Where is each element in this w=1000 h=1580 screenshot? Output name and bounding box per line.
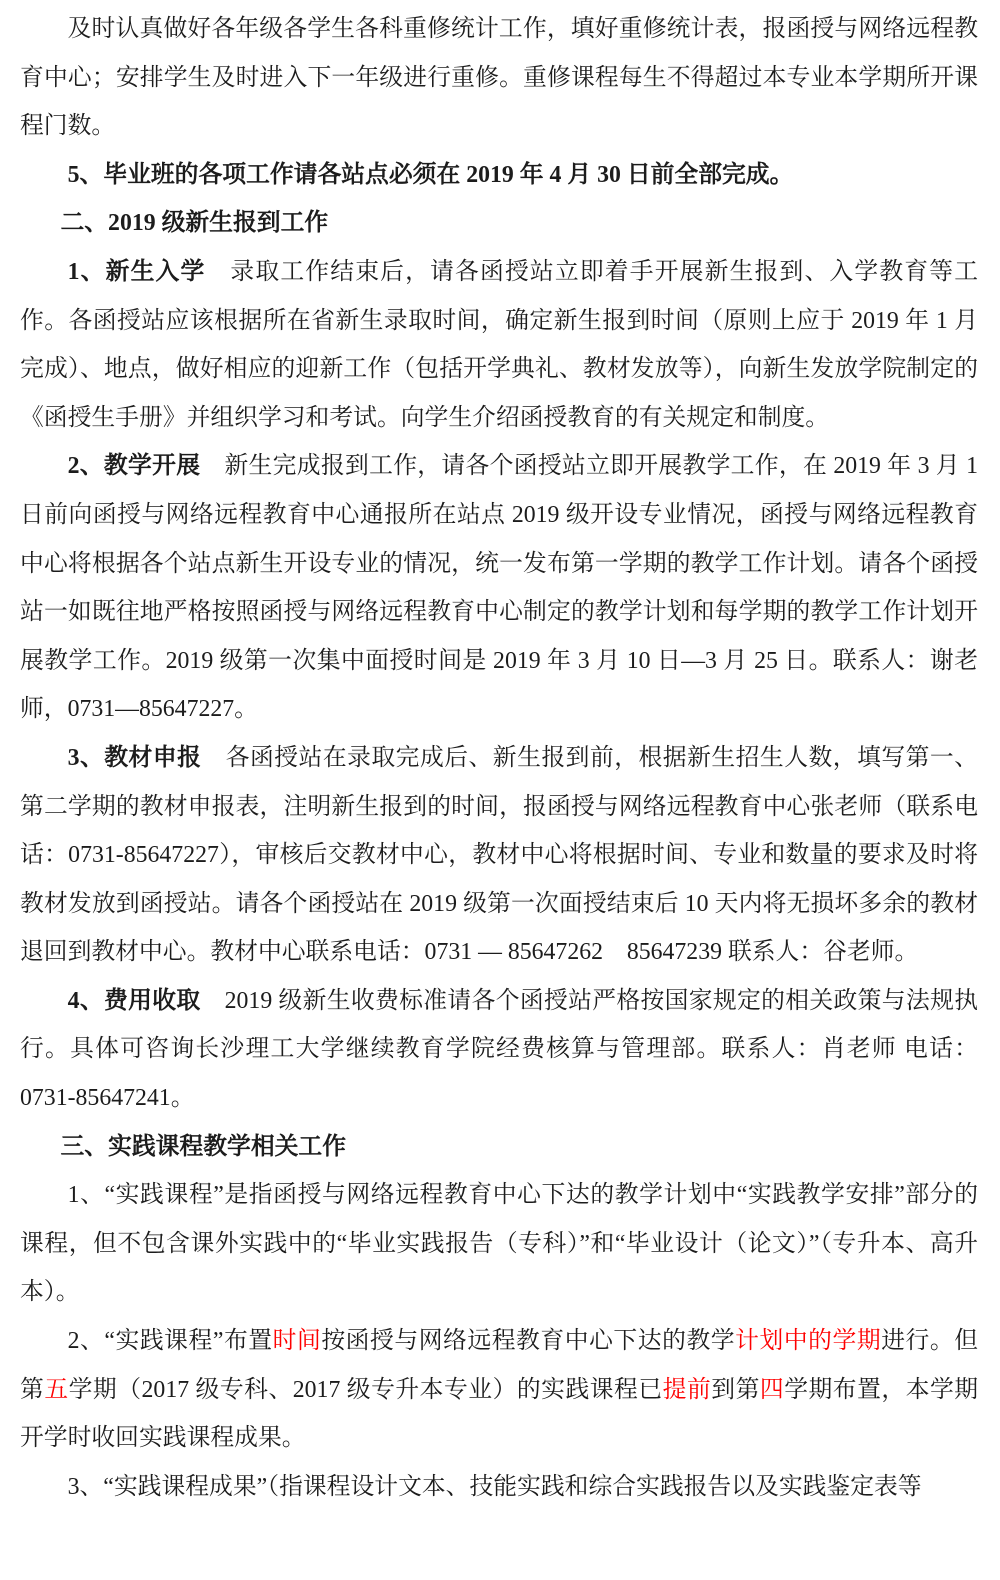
bold-text-run: 1、新生入学 (68, 259, 206, 285)
text-run: 到第 (711, 1377, 760, 1403)
red-text-run: 提前 (663, 1377, 712, 1403)
bold-text-run: 5、毕业班的各项工作请各站点必须在 2019 年 4 月 30 日前全部完成。 (68, 162, 794, 188)
text-run: 新生完成报到工作，请各个函授站立即开展教学工作，在 2019 年 3 月 1 日… (20, 453, 978, 722)
paragraph: 3、“实践课程成果”（指课程设计文本、技能实践和综合实践报告以及实践鉴定表等 (20, 1463, 978, 1512)
text-run: 学期（2017 级专科、2017 级专升本专业）的实践课程已 (69, 1377, 663, 1403)
red-text-run: 时间 (273, 1328, 322, 1354)
paragraph: 2、教学开展 新生完成报到工作，请各个函授站立即开展教学工作，在 2019 年 … (20, 442, 978, 734)
text-run: 3、“实践课程成果”（指课程设计文本、技能实践和综合实践报告以及实践鉴定表等 (68, 1474, 922, 1500)
paragraph: 5、毕业班的各项工作请各站点必须在 2019 年 4 月 30 日前全部完成。 (20, 151, 978, 200)
bold-text-run: 4、费用收取 (68, 988, 201, 1014)
bold-text-run: 3、教材申报 (68, 745, 202, 771)
text-run: 按函授与网络远程教育中心下达的教学 (321, 1328, 735, 1354)
paragraph: 1、新生入学 录取工作结束后，请各函授站立即着手开展新生报到、入学教育等工作。各… (20, 248, 978, 442)
section-heading: 二、2019 级新生报到工作 (20, 199, 978, 248)
document-page: 及时认真做好各年级各学生各科重修统计工作，填好重修统计表，报函授与网络远程教育中… (0, 0, 1000, 1580)
section-heading: 三、实践课程教学相关工作 (20, 1123, 978, 1172)
bold-text-run: 二、2019 级新生报到工作 (60, 210, 328, 236)
document-content: 及时认真做好各年级各学生各科重修统计工作，填好重修统计表，报函授与网络远程教育中… (20, 5, 978, 1511)
text-run: 1、“实践课程”是指函授与网络远程教育中心下达的教学计划中“实践教学安排”部分的… (20, 1182, 978, 1305)
paragraph: 及时认真做好各年级各学生各科重修统计工作，填好重修统计表，报函授与网络远程教育中… (20, 5, 978, 151)
bold-text-run: 2、教学开展 (68, 453, 201, 479)
paragraph: 4、费用收取 2019 级新生收费标准请各个函授站严格按国家规定的相关政策与法规… (20, 977, 978, 1123)
red-text-run: 五 (44, 1377, 68, 1403)
paragraph: 1、“实践课程”是指函授与网络远程教育中心下达的教学计划中“实践教学安排”部分的… (20, 1171, 978, 1317)
bold-text-run: 三、实践课程教学相关工作 (60, 1134, 346, 1160)
red-text-run: 四 (760, 1377, 784, 1403)
paragraph: 3、教材申报 各函授站在录取完成后、新生报到前，根据新生招生人数，填写第一、第二… (20, 734, 978, 977)
paragraph: 2、“实践课程”布置时间按函授与网络远程教育中心下达的教学计划中的学期进行。但第… (20, 1317, 978, 1463)
text-run: 及时认真做好各年级各学生各科重修统计工作，填好重修统计表，报函授与网络远程教育中… (20, 16, 978, 139)
text-run: 2、“实践课程”布置 (68, 1328, 273, 1354)
red-text-run: 计划中的学期 (735, 1328, 881, 1354)
text-run: 各函授站在录取完成后、新生报到前，根据新生招生人数，填写第一、第二学期的教材申报… (20, 745, 978, 965)
